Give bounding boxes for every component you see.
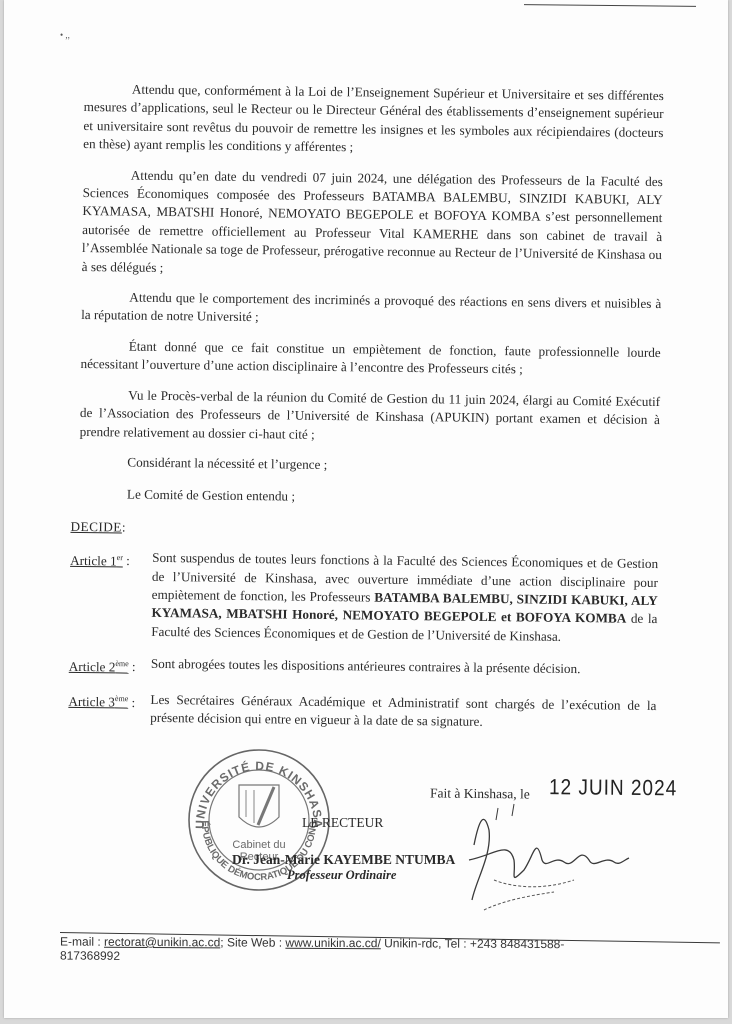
website-link[interactable]: www.unikin.ac.cd/: [285, 936, 380, 950]
signatory-rank: Professeur Ordinaire: [287, 868, 396, 883]
article-2: Article 2ème : Sont abrogées toutes les …: [69, 654, 657, 683]
scan-mark: • ,,: [60, 30, 70, 40]
date-stamp: 12 JUIN 2024: [549, 776, 677, 803]
article-3-text: Les Secrétaires Généraux Académique et A…: [150, 691, 656, 734]
handwritten-signature: [454, 800, 634, 920]
decide-colon: :: [122, 518, 126, 536]
decide-heading: DECIDE :: [70, 518, 658, 544]
article-1-label: Article 1er :: [69, 548, 152, 641]
document-body: Attendu que, conformément à la Loi de l’…: [76, 80, 664, 748]
top-rule: [524, 4, 696, 7]
paragraph-comite: Le Comité de Gestion entendu ;: [79, 485, 659, 510]
paragraph-attendu-1: Attendu que, conformément à la Loi de l’…: [83, 80, 664, 161]
letterhead-footer: E-mail : rectorat@unikin.ac.cd; Site Web…: [60, 935, 620, 966]
signatory-name: Dr. Jean-Marie KAYEMBE NTUMBA: [232, 852, 455, 868]
paragraph-etant-donne: Étant donné que ce fait constitue un emp…: [80, 337, 660, 381]
article-2-label: Article 2ème :: [69, 654, 151, 677]
document-page: • ,, Attendu que, conformément à la Loi …: [4, 0, 728, 1018]
paragraph-attendu-3: Attendu que le comportement des incrimin…: [81, 288, 661, 332]
email-link[interactable]: rectorat@unikin.ac.cd: [104, 935, 220, 950]
article-1: Article 1er : Sont suspendus de toutes l…: [69, 548, 658, 647]
signatory-title: LE RECTEUR: [302, 815, 383, 831]
article-2-text: Sont abrogées toutes les dispositions an…: [151, 655, 657, 683]
article-3-label: Article 3ème :: [68, 690, 150, 728]
paragraph-attendu-2: Attendu qu’en date du vendredi 07 juin 2…: [82, 166, 663, 284]
article-3: Article 3ème : Les Secrétaires Généraux …: [68, 690, 656, 734]
article-1-text: Sont suspendus de toutes leurs fonctions…: [151, 549, 658, 647]
paragraph-considerant: Considérant la nécessité et l’urgence ;: [79, 453, 659, 478]
paragraph-vu: Vu le Procès-verbal de la réunion du Com…: [80, 386, 661, 448]
decide-label: DECIDE: [70, 519, 122, 535]
svg-text:Cabinet du: Cabinet du: [232, 839, 285, 851]
